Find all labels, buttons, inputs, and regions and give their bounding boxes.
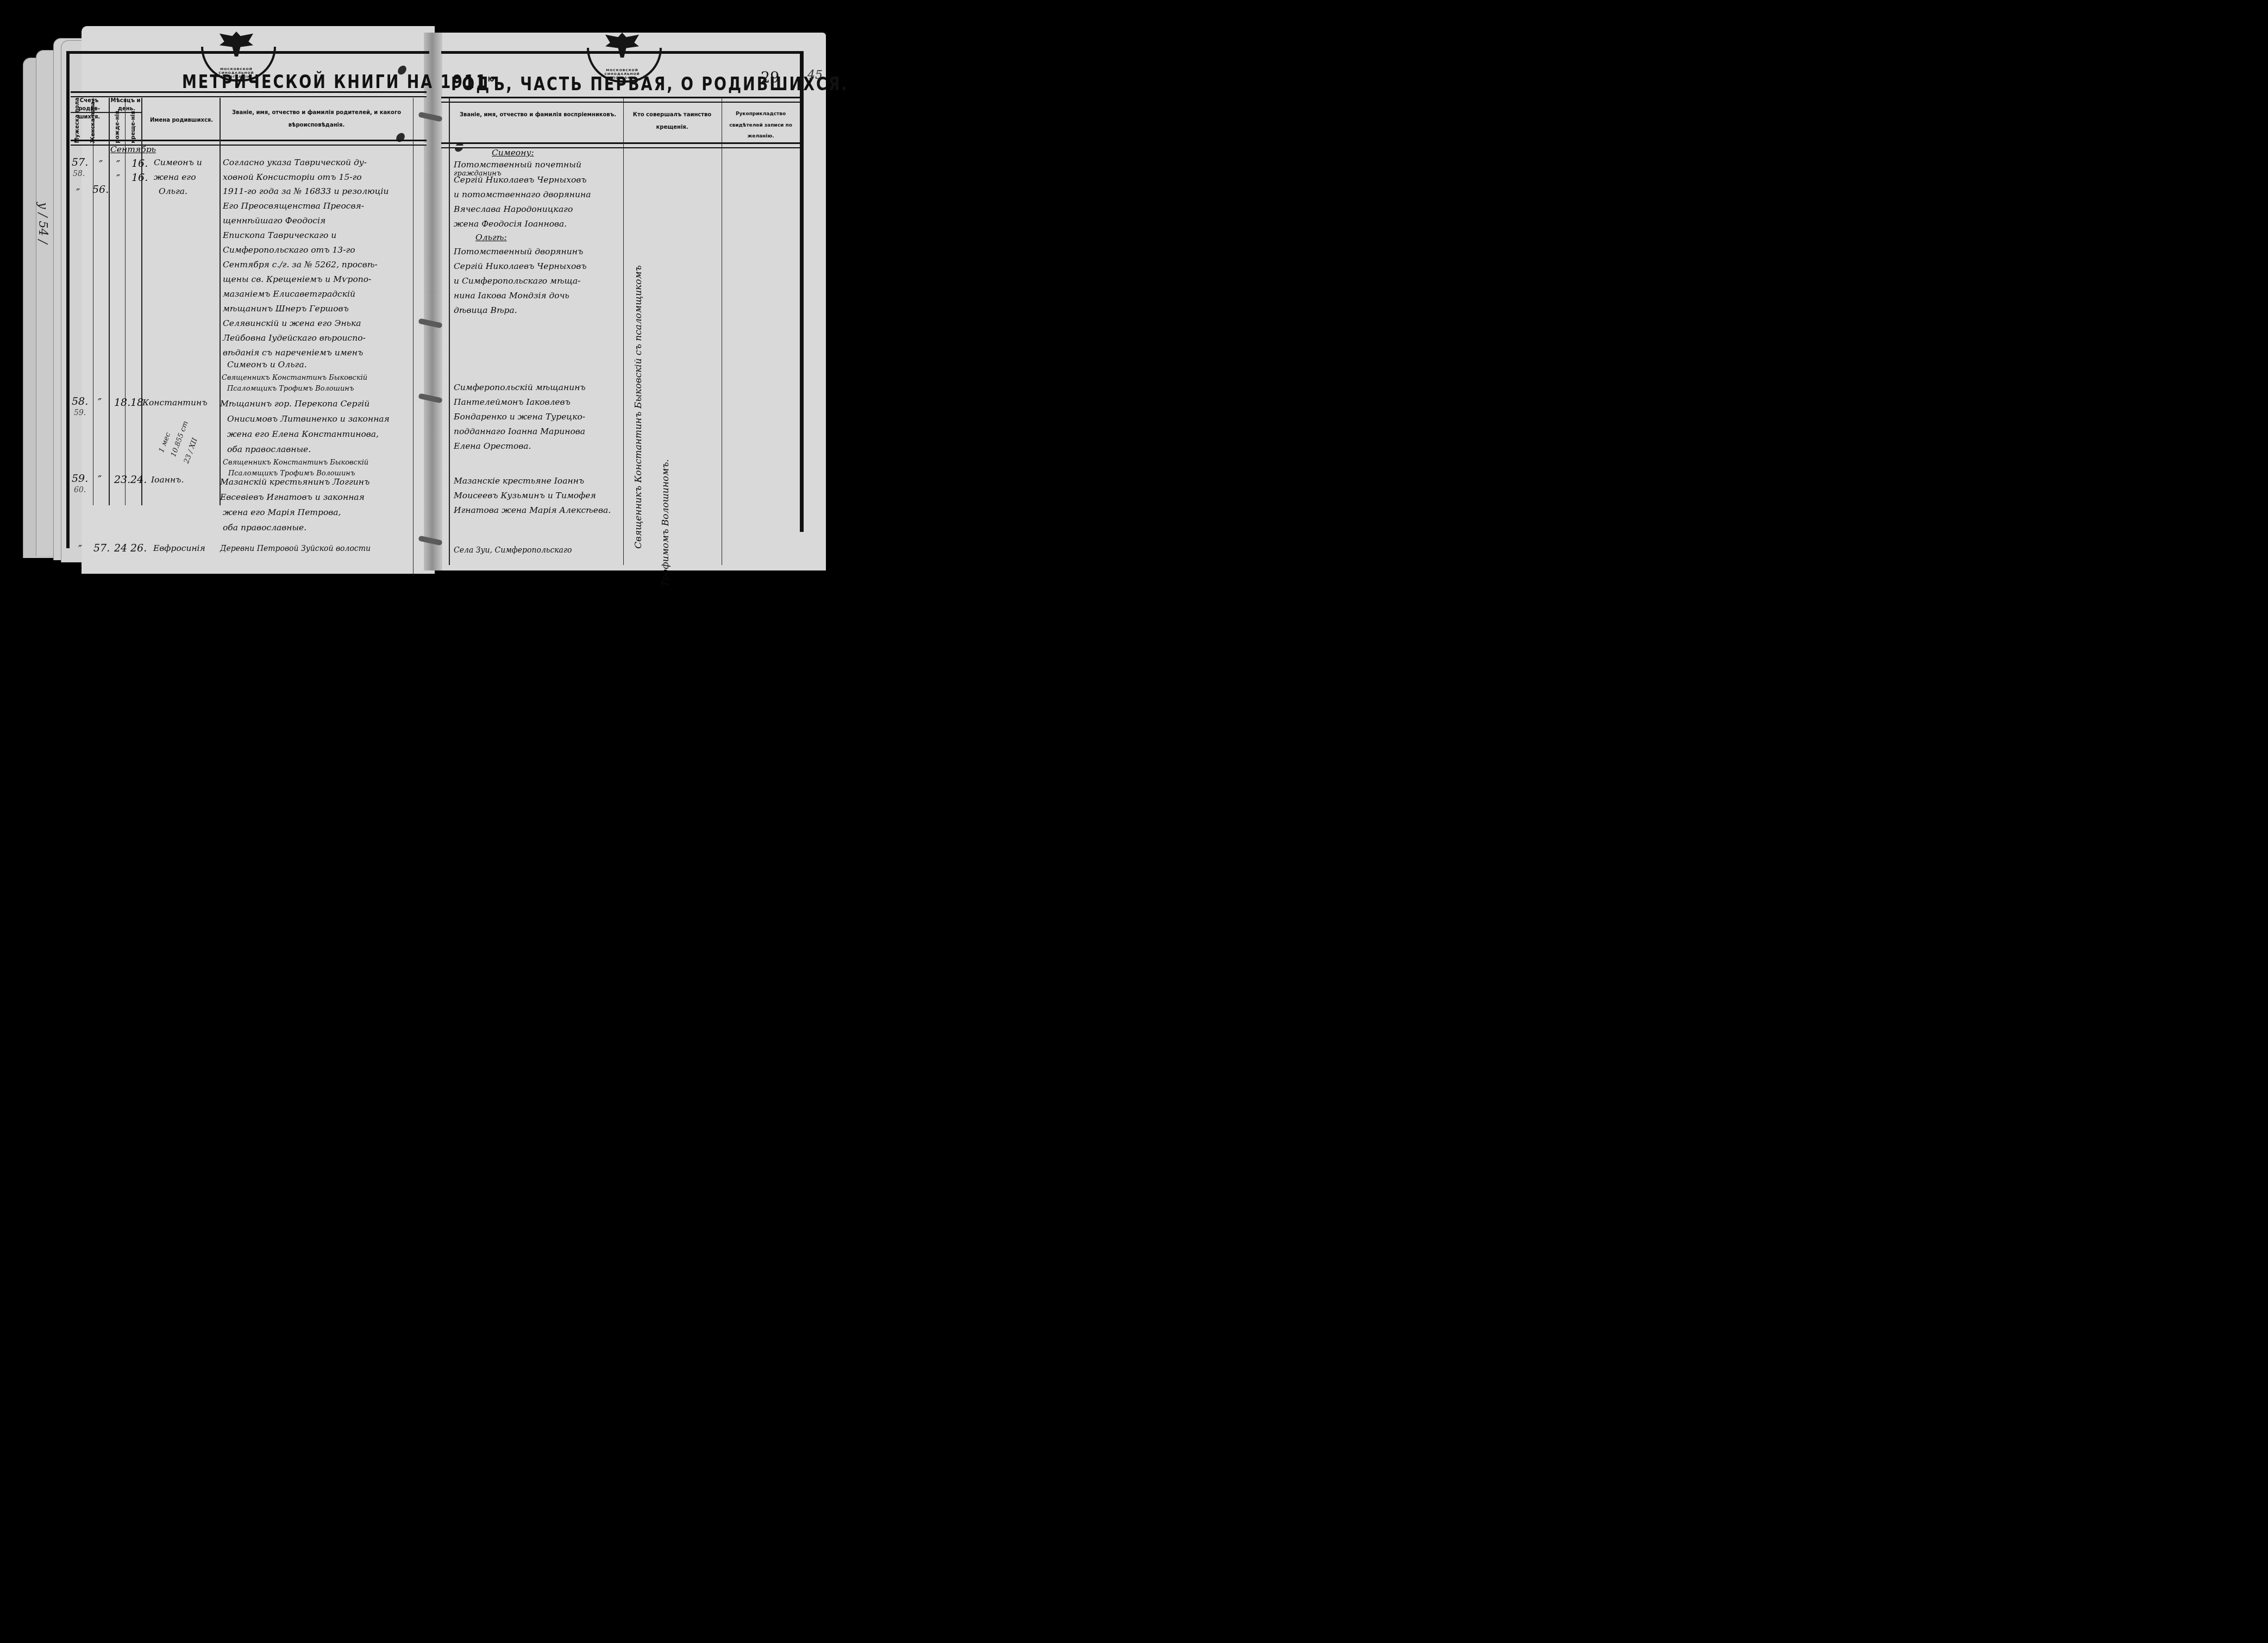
godparent-line: нина Іакова Мондзія дочь <box>454 289 569 303</box>
godparent-line: Елена Орестова. <box>454 439 531 454</box>
performed-by-vertical: Трофимомъ Волошиномъ. <box>660 459 671 587</box>
header-performed-by: Кто совершалъ таинство крещенія. <box>626 109 718 134</box>
parents-line: оба православные. <box>227 442 311 457</box>
parents-line: Евсевіевъ Игнатовъ и законная <box>220 490 365 505</box>
male-number: 58. <box>72 396 88 407</box>
column-header-rule <box>441 142 800 144</box>
parents-line: мѣщанинъ Шнеръ Гершовъ <box>223 302 349 316</box>
performed-by-vertical: Священникъ Константинъ Быковскій съ псал… <box>633 265 644 549</box>
godparent-line: подданнаго Іоанна Маринова <box>454 424 585 439</box>
margin-folio-mark: 45 <box>807 68 823 82</box>
baptism-day: 26. <box>130 542 147 554</box>
child-name: жена его <box>154 170 196 185</box>
parents-line: Согласно указа Таврической ду- <box>223 155 367 170</box>
left-page-title: МЕТРИЧЕСКОЙ КНИГИ НА 1911ю <box>182 72 496 93</box>
female-number: ″ <box>99 159 103 171</box>
parents-line: 1911-го года за № 16833 и резолюціи <box>223 184 389 199</box>
parents-line: Его Преосвященства Преосвя- <box>223 199 364 214</box>
godparent-line: Игнатова жена Марія Алексѣева. <box>454 503 611 518</box>
birth-day: 24 <box>114 542 127 554</box>
child-name: Симеонъ и <box>154 155 202 170</box>
baptism-day: 18 <box>130 397 143 409</box>
header-witness-signatures: Рукоприкладство свидѣтелей записи по жел… <box>724 109 798 142</box>
male-number: 59. <box>72 473 88 485</box>
parents-line: Селявинскій и жена его Энька <box>223 316 361 331</box>
male-number-pencil: 59. <box>74 409 86 417</box>
female-number: ″ <box>98 397 102 409</box>
parents-line: Онисимовъ Литвиненко и законная <box>227 412 390 427</box>
column-divider <box>93 98 93 505</box>
female-number: 57. <box>93 542 110 554</box>
parents-line: Мазанскій крестьянинъ Логгинъ <box>220 475 369 490</box>
godparent-line: Вячеслава Народоницкаго <box>454 202 573 217</box>
parents-line: щены св. Крещеніемъ и Мѵропо- <box>223 272 371 287</box>
child-name: Ольга. <box>159 184 187 199</box>
page-number: 29 <box>761 70 779 86</box>
baptism-day: 24. <box>130 474 147 486</box>
godparent-line: Симферопольскій мѣщанинъ <box>454 380 586 395</box>
margin-pencil-note: у / 54 / <box>36 202 49 244</box>
male-number: ″ <box>76 187 80 199</box>
column-header-rule <box>71 140 427 141</box>
birth-day: 23. <box>114 474 130 486</box>
column-divider <box>109 98 110 505</box>
header-names-of-born: Имена родившихся. <box>144 116 219 124</box>
title-text: МЕТРИЧЕСКОЙ КНИГИ НА 1911 <box>182 72 488 93</box>
header-baptism-date: креще-нія. <box>129 111 137 143</box>
column-divider <box>220 98 221 505</box>
godparent-line: и Симферопольскаго мѣща- <box>454 274 581 289</box>
baptism-day: 16. <box>131 172 148 184</box>
parents-line: Сентября с./г. за № 5262, просвѣ- <box>223 258 378 272</box>
parents-line: ховной Консисторіи отъ 15-го <box>223 170 362 185</box>
birth-day: 18. <box>114 397 130 409</box>
header-male: Мужеска пола. <box>73 111 82 143</box>
parents-line: жена его Елена Константинова, <box>227 427 379 442</box>
godparent-line: Сергій Николаевъ Черныховъ <box>454 259 587 274</box>
child-name: Константинъ <box>142 396 208 410</box>
parents-line: жена его Марія Петрова, <box>223 505 341 520</box>
godparent-line: Сергій Николаевъ Черныховъ <box>454 173 587 187</box>
godparent-heading: Ольгѣ: <box>475 230 507 245</box>
clergy-signature: Псаломщикъ Трофимъ Волошинъ <box>227 381 354 396</box>
male-number-pencil: 60. <box>74 486 86 494</box>
godparent-line: Потомственный дворянинъ <box>454 244 583 259</box>
month-label: Сентябрь <box>110 142 156 157</box>
parents-line: мазаніемъ Елисаветградскій <box>223 287 355 302</box>
male-number: 57. <box>72 156 88 168</box>
column-divider <box>722 98 722 565</box>
header-birth-date: рожде-нія. <box>114 111 122 143</box>
header-parents: Званіе, имя, отчество и фамилія родителе… <box>223 106 410 131</box>
parents-line: Епископа Таврическаго и <box>223 228 336 243</box>
book-spread: МОСКОВСКОЙ СИНОДАЛЬНОЙ ТИПОГРАФІИ. МОСКО… <box>0 0 852 617</box>
godparent-line: Моисеевъ Кузьминъ и Тимофея <box>454 488 596 503</box>
godparent-line: Села Зуи, Симферопольскаго <box>454 543 572 558</box>
godparent-line: Пантелеймонъ Іаковлевъ <box>454 395 571 410</box>
header-rule <box>441 97 800 98</box>
parents-line: Деревни Петровой Зуйской волости <box>220 543 371 554</box>
birth-day: ″ <box>116 173 120 185</box>
male-number-pencil: 58. <box>73 170 85 178</box>
baptism-day: 16. <box>131 158 148 170</box>
godparent-line: и потомственнаго дворянина <box>454 187 591 202</box>
godparent-line: жена Феодосія Іоаннова. <box>454 217 567 231</box>
female-number: ″ <box>98 474 102 486</box>
parents-line: Симферопольскаго отъ 13-го <box>223 243 355 258</box>
parents-line: оба православные. <box>223 521 306 535</box>
parents-line: Симеонъ и Ольга. <box>227 358 307 372</box>
parents-line: Лейбовна Іудейскаго вѣроиспо- <box>223 331 366 346</box>
godparent-line: Бондаренко и жена Турецко- <box>454 410 585 424</box>
header-godparents: Званіе, имя, отчество и фамилія воспріем… <box>456 109 619 121</box>
godparent-line: Мазанскіе крестьяне Іоаннъ <box>454 474 584 488</box>
column-divider <box>125 98 126 505</box>
birth-day: ″ <box>116 159 120 171</box>
column-divider <box>623 98 624 565</box>
child-name: Іоаннъ. <box>151 473 184 487</box>
header-female: Женска пола. <box>89 111 97 143</box>
child-name: Евфросинія <box>153 541 205 556</box>
parents-line: Мѣщанинъ гор. Перекопа Сергій <box>220 397 369 411</box>
male-number: ″ <box>78 543 82 555</box>
godparent-line: дѣвица Вѣра. <box>454 303 517 318</box>
female-number: 56. <box>92 184 109 196</box>
right-page-title: ГОДЪ, ЧАСТЬ ПЕРВАЯ, О РОДИВШИХСЯ. <box>451 74 849 95</box>
parents-line: щеннѣйшаго Феодосія <box>223 214 325 228</box>
column-divider <box>413 98 413 576</box>
column-divider <box>449 98 450 565</box>
